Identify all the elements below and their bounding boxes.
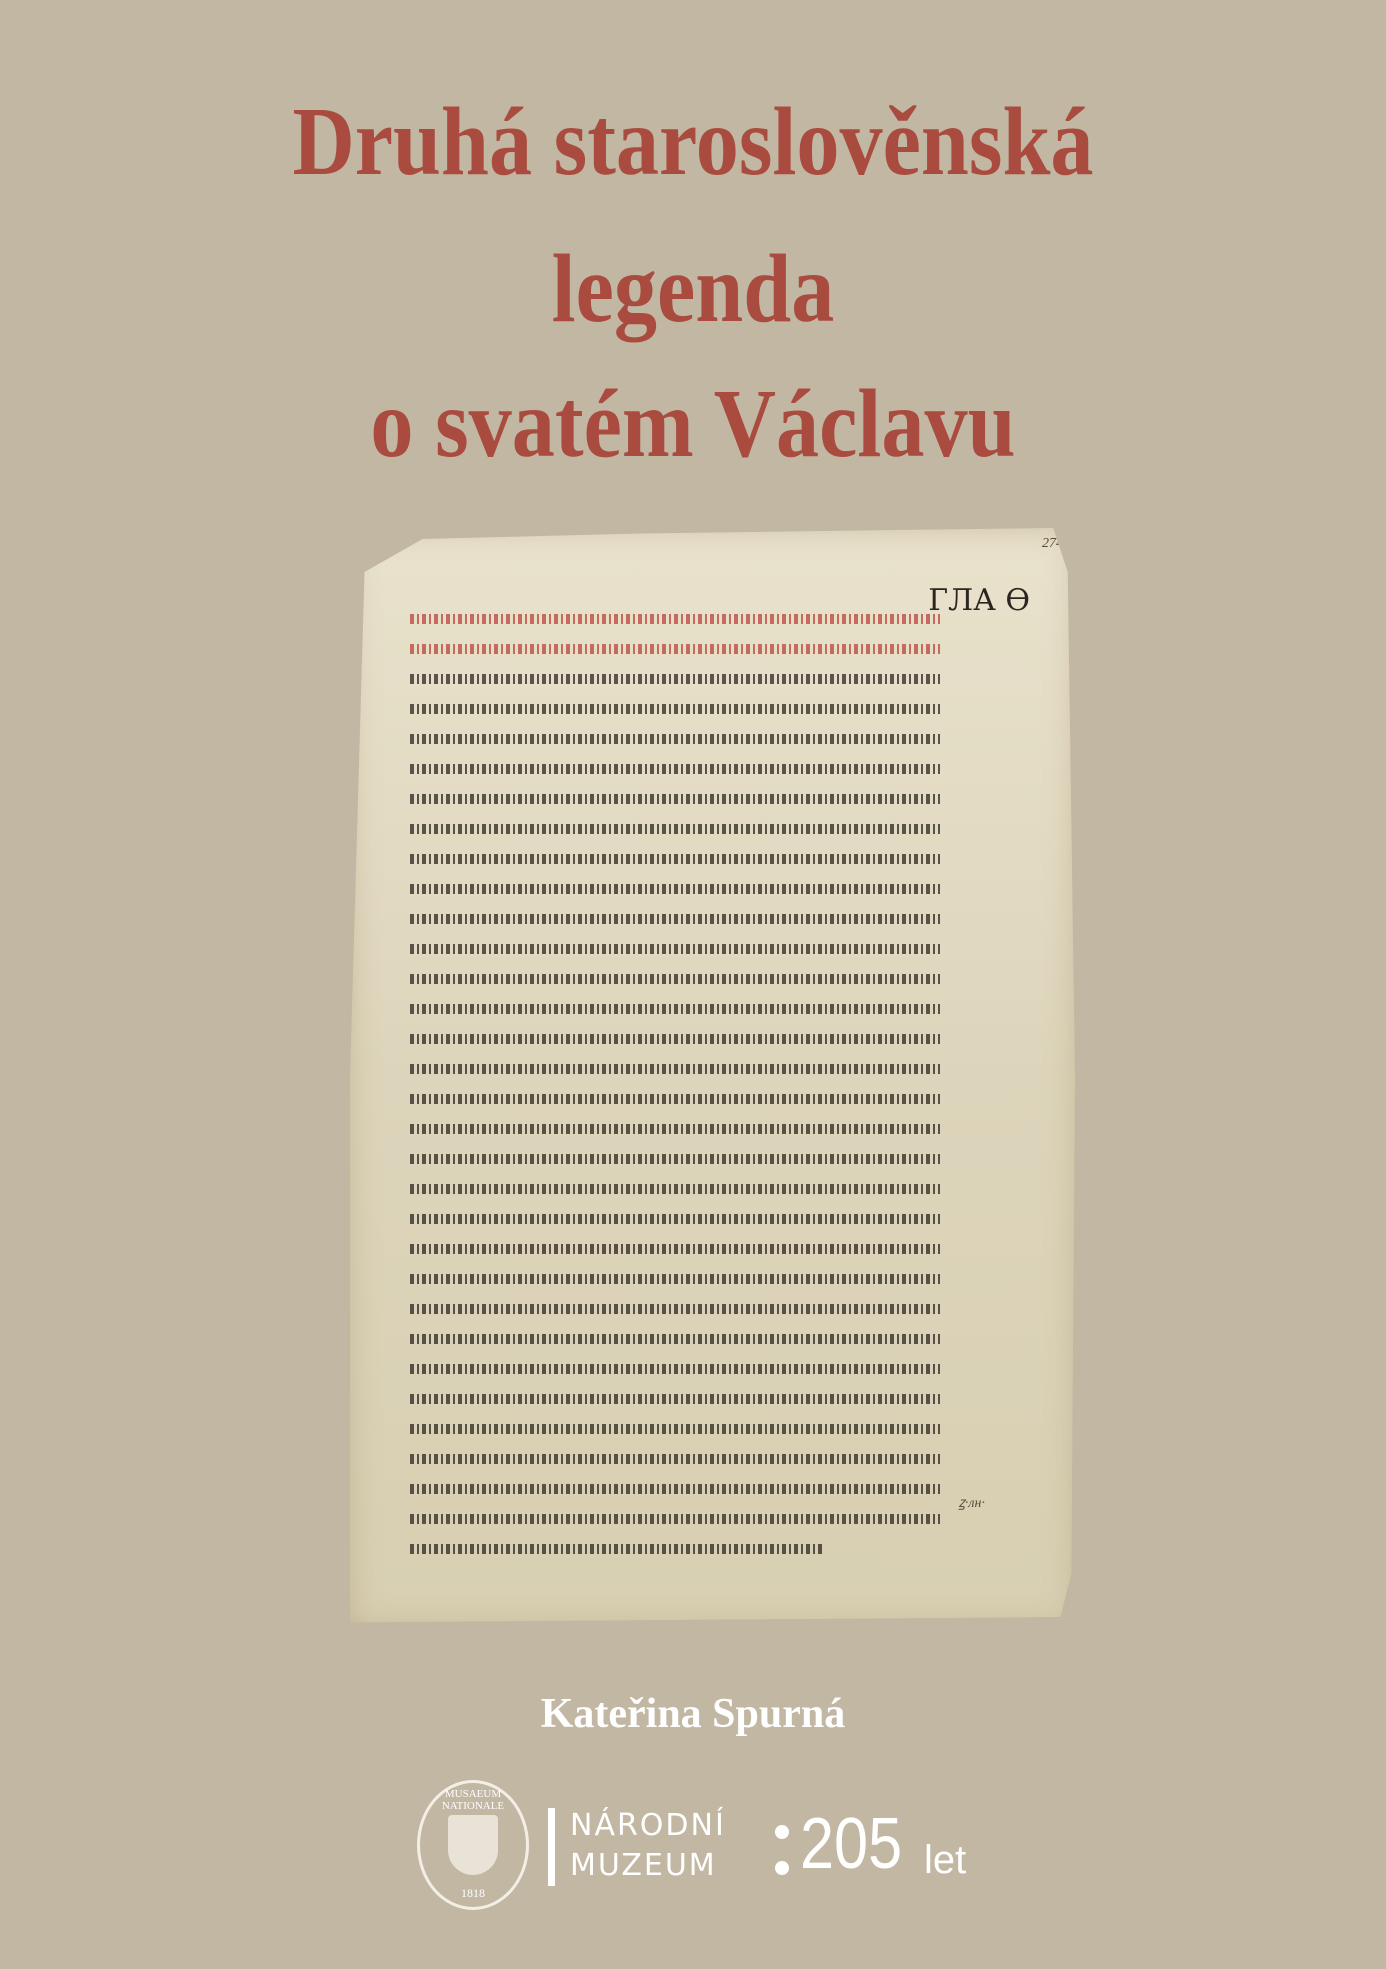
anniversary-number: 205 bbox=[800, 1808, 902, 1880]
manuscript-line bbox=[410, 1233, 940, 1263]
manuscript-line bbox=[410, 813, 940, 843]
manuscript-line bbox=[410, 1113, 940, 1143]
anniversary-unit: let bbox=[924, 1838, 966, 1883]
manuscript-line bbox=[410, 1473, 940, 1503]
manuscript-line bbox=[410, 603, 940, 633]
manuscript-line bbox=[410, 783, 940, 813]
manuscript-line bbox=[410, 1023, 940, 1053]
footer-note: ꙁ·лн· bbox=[958, 1493, 985, 1512]
author-name: Kateřina Spurná bbox=[0, 1690, 1386, 1738]
manuscript-line bbox=[410, 1383, 940, 1413]
manuscript-line bbox=[410, 873, 940, 903]
manuscript-line bbox=[410, 1323, 940, 1353]
manuscript-line bbox=[410, 963, 940, 993]
museum-seal-logo: MUSAEUM NATIONALE 1818 bbox=[417, 1780, 529, 1910]
museum-name: NÁRODNÍ MUZEUM bbox=[570, 1806, 726, 1886]
manuscript-line bbox=[410, 1353, 940, 1383]
title-line-1: Druhá staroslověnská bbox=[83, 93, 1303, 191]
manuscript-line bbox=[410, 903, 940, 933]
museum-name-line-2: MUZEUM bbox=[570, 1846, 726, 1886]
margin-note: ГЛА Ѳ bbox=[928, 583, 1030, 619]
divider-bar bbox=[548, 1808, 555, 1886]
manuscript-line bbox=[410, 693, 940, 723]
shield-icon bbox=[448, 1815, 498, 1875]
manuscript-line bbox=[410, 1053, 940, 1083]
manuscript-line bbox=[410, 1503, 940, 1533]
manuscript-line bbox=[410, 1293, 940, 1323]
seal-text: MUSAEUM NATIONALE bbox=[420, 1788, 526, 1812]
manuscript-line bbox=[410, 993, 940, 1023]
manuscript-line bbox=[410, 663, 940, 693]
manuscript-line bbox=[410, 633, 940, 663]
title-line-3: o svatém Václavu bbox=[83, 375, 1303, 473]
seal-year: 1818 bbox=[420, 1886, 526, 1901]
colon-icon bbox=[775, 1825, 789, 1897]
manuscript-line bbox=[410, 933, 940, 963]
title-line-2: legenda bbox=[83, 240, 1303, 338]
manuscript-line bbox=[410, 1443, 940, 1473]
manuscript-line bbox=[410, 1413, 940, 1443]
manuscript-line bbox=[410, 753, 940, 783]
manuscript-line bbox=[410, 1083, 940, 1113]
museum-name-line-1: NÁRODNÍ bbox=[570, 1806, 726, 1846]
manuscript-image: 274 ГЛА Ѳ ꙁ·лн· bbox=[350, 528, 1075, 1628]
manuscript-text bbox=[410, 603, 940, 1563]
manuscript-line bbox=[410, 1263, 940, 1293]
manuscript-line bbox=[410, 1533, 823, 1563]
manuscript-line bbox=[410, 1173, 940, 1203]
manuscript-line bbox=[410, 1143, 940, 1173]
folio-number: 274 bbox=[1042, 536, 1063, 552]
manuscript-line bbox=[410, 723, 940, 753]
manuscript-line bbox=[410, 843, 940, 873]
manuscript-line bbox=[410, 1203, 940, 1233]
